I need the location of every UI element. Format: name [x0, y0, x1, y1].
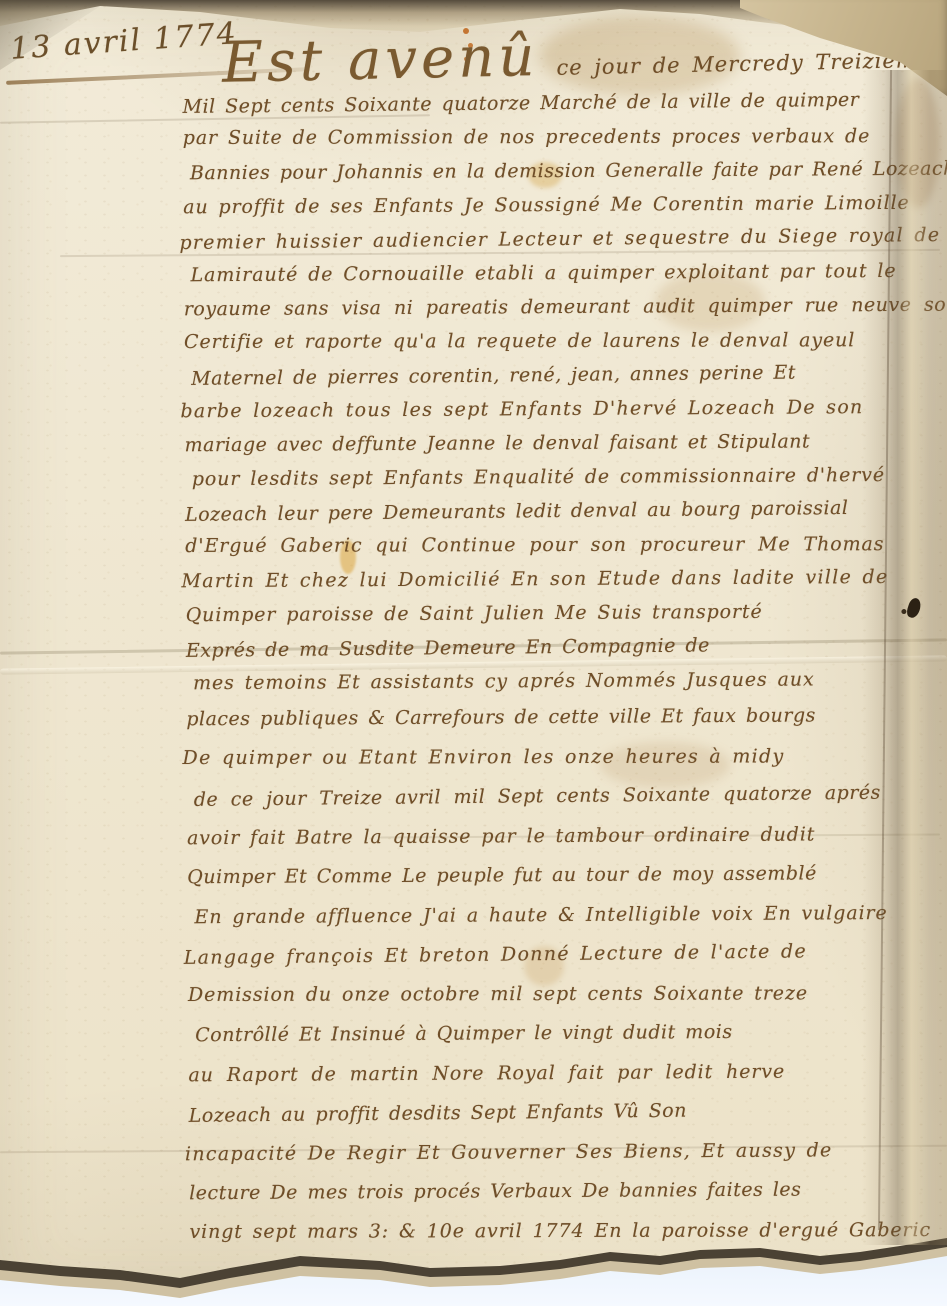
manuscript-line: Lamirauté de Cornouaille etabli a quimpe…	[190, 254, 928, 293]
scanned-manuscript: 13 avril 1774 Est avenû ce jour de Mercr…	[0, 0, 947, 1306]
manuscript-line: Quimper Et Comme Le peuple fut au tour d…	[187, 854, 932, 898]
manuscript-line: En grande affluence J'ai a haute & Intel…	[194, 893, 932, 937]
manuscript-line: Langage françois Et breton Donné Lecture…	[184, 931, 933, 978]
manuscript-line: Bannies pour Johannis en la demission Ge…	[190, 152, 928, 191]
opening-initial-word: Est avenû	[221, 24, 539, 96]
manuscript-line: De quimper ou Etant Environ les onze heu…	[182, 737, 931, 778]
manuscript-line: mes temoins Et assistants cy aprés Nommé…	[193, 662, 931, 701]
manuscript-line: Mil Sept cents Soixante quatorze Marché …	[182, 82, 927, 124]
manuscript-line: Martin Et chez lui Domicilié En son Etud…	[181, 560, 930, 599]
manuscript-line: royaume sans visa ni pareatis demeurant …	[184, 288, 929, 327]
manuscript-line: vingt sept mars 3: & 10e avril 1774 En l…	[189, 1211, 934, 1252]
manuscript-line: Certifie et raporte qu'a la requete de l…	[184, 323, 929, 359]
manuscript-line: Demission du onze octobre mil sept cents…	[188, 974, 933, 1015]
manuscript-line: Contrôllé Et Insinué à Quimper le vingt …	[195, 1012, 933, 1056]
manuscript-body: Mil Sept cents Soixante quatorze Marché …	[182, 84, 934, 1254]
manuscript-line: places publiques & Carrefours de cette v…	[186, 696, 931, 740]
manuscript-line: barbe lozeach tous les sept Enfants D'he…	[180, 390, 929, 429]
opening-date-text: ce jour de Mercredy Treizieme avril	[556, 47, 947, 80]
manuscript-line: Lozeach leur pere Demeurants ledit denva…	[185, 490, 930, 532]
manuscript-line: Lozeach au proffit desdits Sept Enfants …	[189, 1089, 934, 1136]
manuscript-line: de ce jour Treize avril mil Sept cents S…	[194, 773, 932, 820]
manuscript-line: incapacité De Regir Et Gouverner Ses Bie…	[185, 1130, 934, 1174]
manuscript-line: lecture De mes trois procés Verbaux De b…	[189, 1170, 934, 1214]
manuscript-line: mariage avec deffunte Jeanne le denval f…	[185, 424, 930, 463]
manuscript-line: au Raport de martin Nore Royal fait par …	[188, 1051, 933, 1095]
manuscript-line: par Suite de Commission de nos precedent…	[183, 119, 928, 155]
manuscript-line: d'Ergué Gaberic qui Continue pour son pr…	[185, 527, 930, 563]
manuscript-line: avoir fait Batre la quaisse par le tambo…	[187, 814, 932, 858]
